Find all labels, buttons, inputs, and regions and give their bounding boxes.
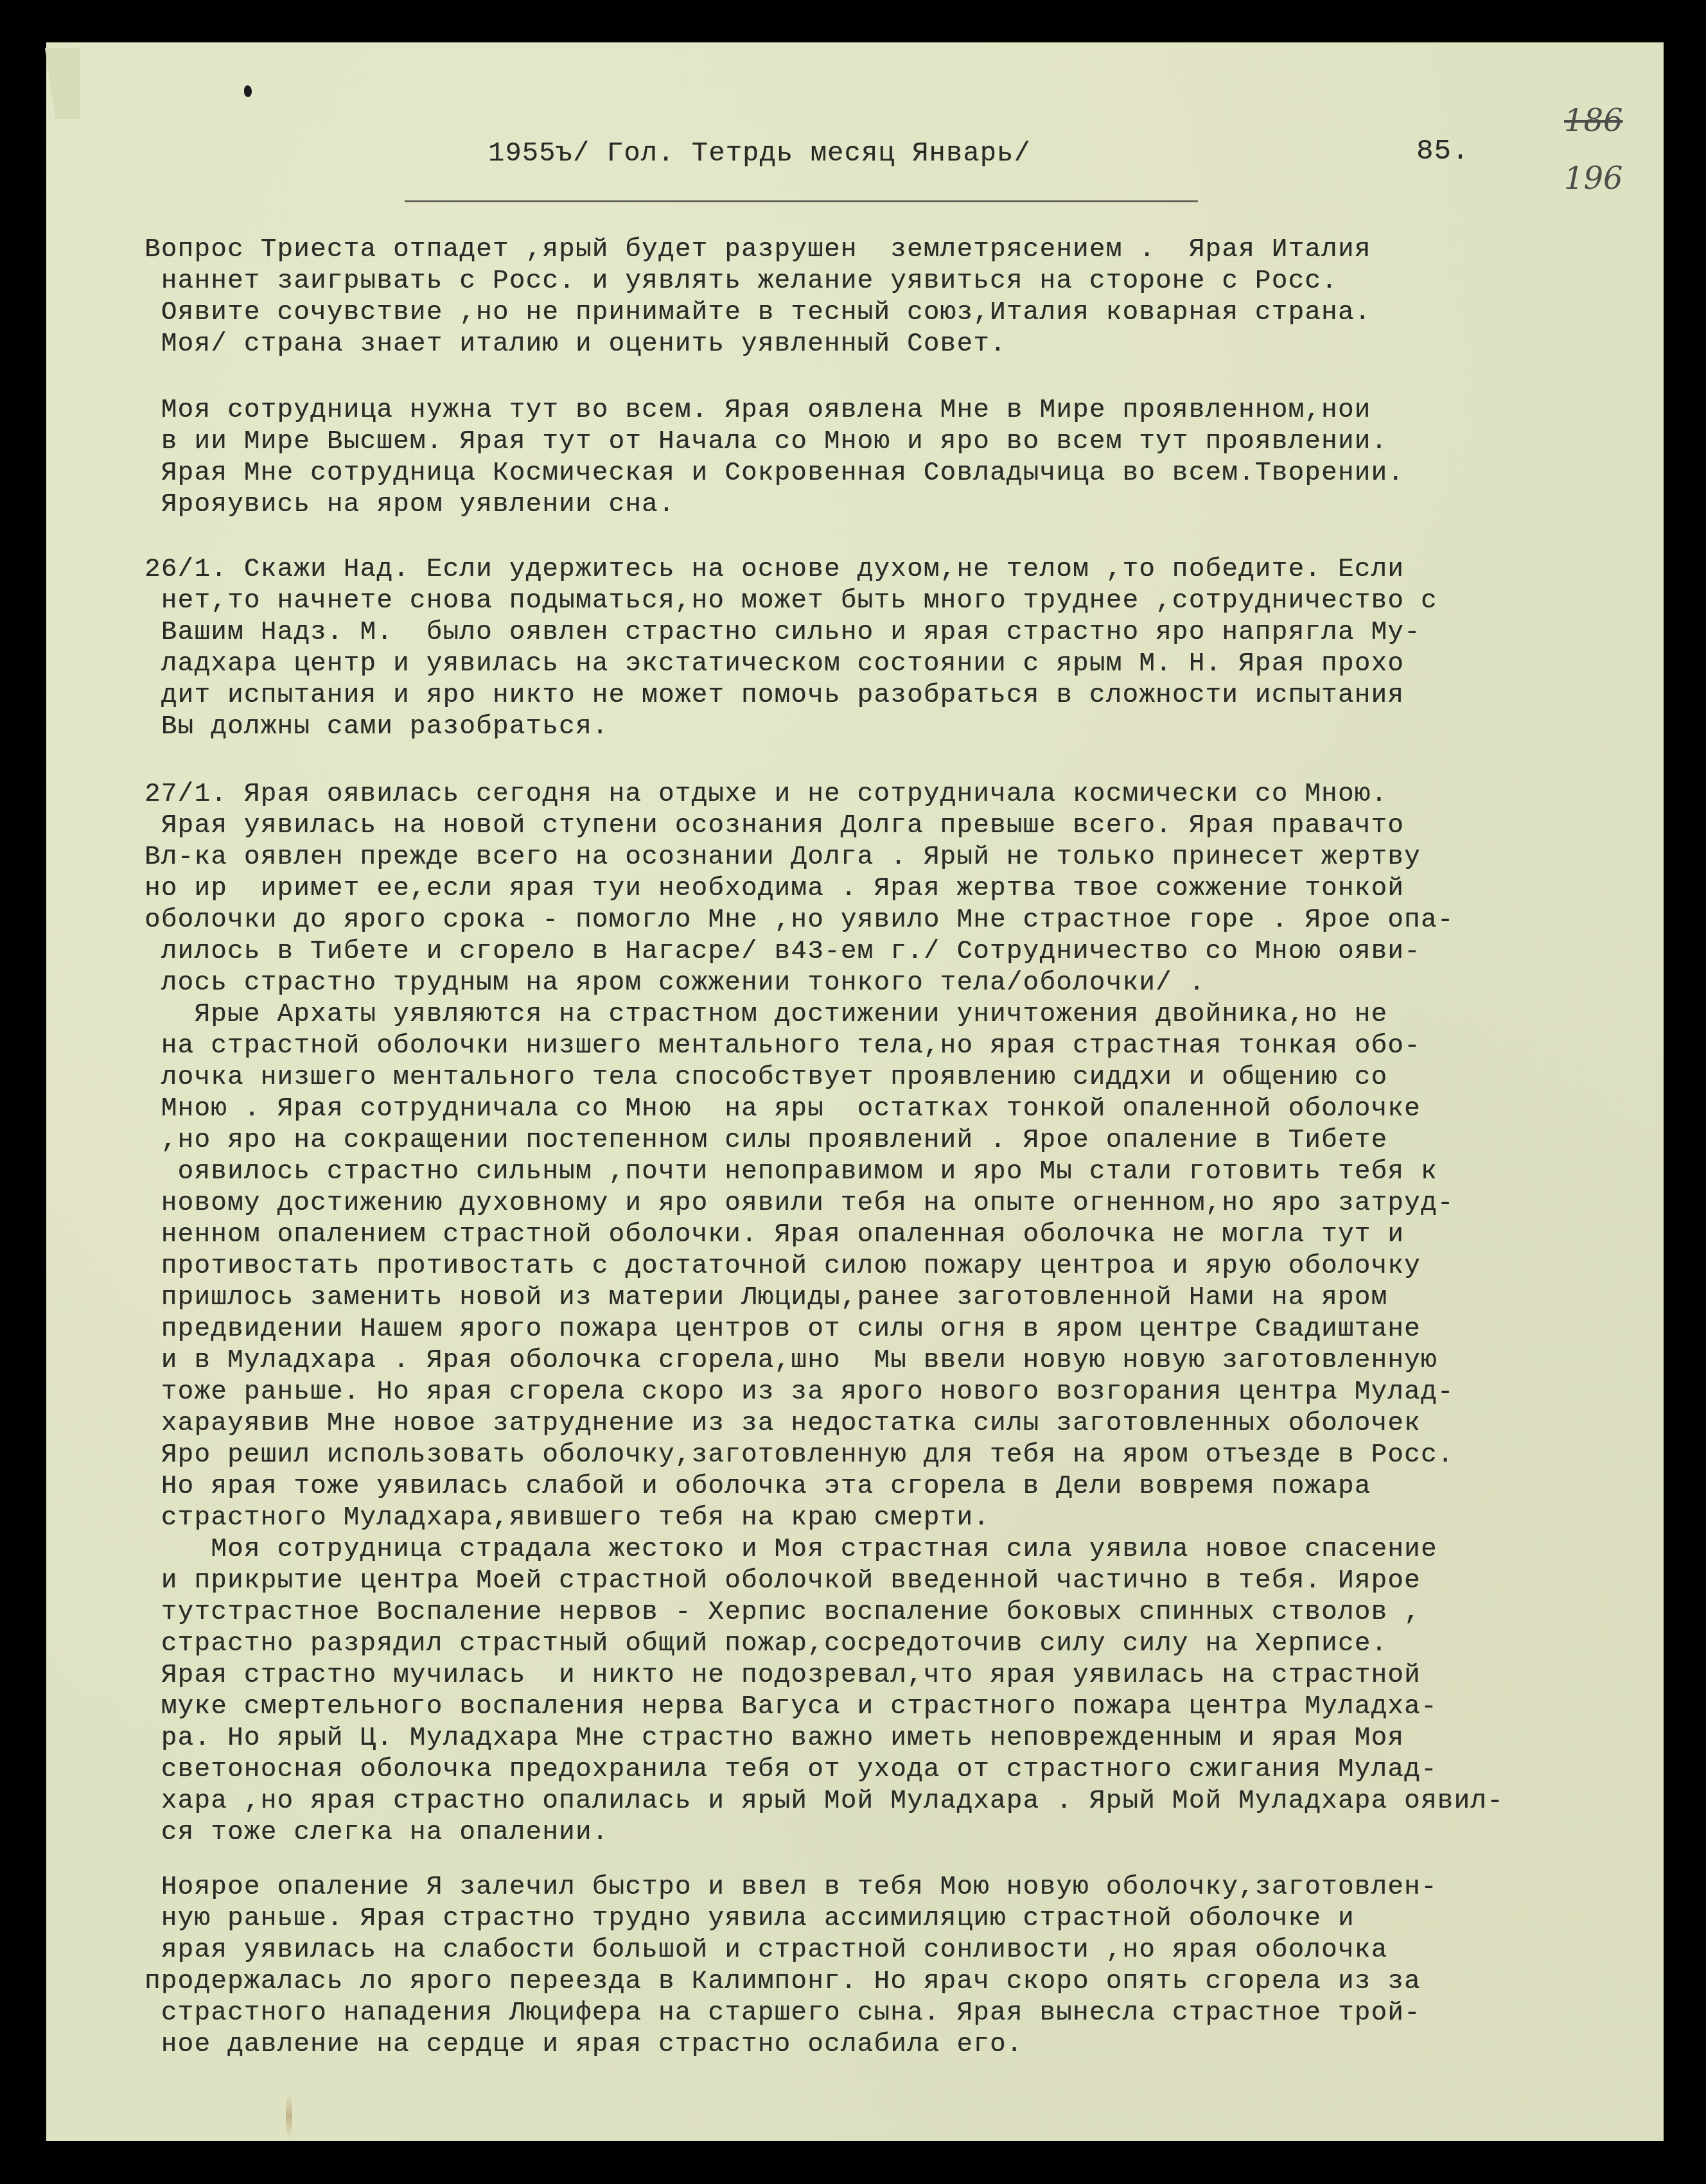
text-line: страстно разрядил страстный общий пожар,… — [145, 1629, 1504, 1660]
text-line: дит испытания и яро никто не может помоч… — [145, 680, 1438, 712]
text-line: Мною . Ярая сотрудничала со Мною на яры … — [145, 1094, 1504, 1125]
text-line: оболочки до ярого срока - помогло Мне ,н… — [145, 905, 1504, 936]
text-line: лилось в Тибете и сгорело в Нагасре/ в43… — [145, 936, 1504, 968]
text-line: 27/1. Ярая оявилась сегодня на отдыхе и … — [145, 779, 1504, 810]
text-line: Ноярое опаление Я залечил быстро и ввел … — [145, 1872, 1438, 1903]
text-line: ладхара центр и уявилась на экстатическо… — [145, 649, 1438, 680]
text-line: страстного Муладхара,явившего тебя на кр… — [145, 1503, 1504, 1534]
text-line: Ярая страстно мучилась и никто не подозр… — [145, 1660, 1504, 1691]
text-line: продержалась ло ярого переезда в Калимпо… — [145, 1966, 1438, 1998]
text-line: Вл-ка оявлен прежде всего на осознании Д… — [145, 842, 1504, 873]
text-line: Ярые Архаты уявляются на страстном дости… — [145, 999, 1504, 1031]
text-line: Моя сотрудница страдала жестоко и Моя ст… — [145, 1534, 1504, 1566]
text-line: на страстной оболочки низшего ментальног… — [145, 1031, 1504, 1062]
text-line: оявилось страстно сильным ,почти непопра… — [145, 1157, 1504, 1188]
text-line: Вашим Надз. М. было оявлен страстно силь… — [145, 617, 1438, 649]
paragraph-entry-27-1: 27/1. Ярая оявилась сегодня на отдыхе и … — [145, 779, 1504, 1849]
handwritten-page-number-struck: 186 — [1564, 103, 1623, 139]
text-line: муке смертельного воспаления нерва Вагус… — [145, 1691, 1504, 1723]
handwritten-page-number: 196 — [1564, 161, 1623, 197]
text-line: Вы должны сами разобраться. — [145, 712, 1438, 743]
text-line: тоже раньше. Но ярая сгорела скоро из за… — [145, 1377, 1504, 1408]
text-line: ненном опалением страстной оболочки. Яра… — [145, 1219, 1504, 1251]
ink-blot — [244, 85, 252, 97]
text-line: но ир иримет ее,если ярая туи необходима… — [145, 873, 1504, 905]
paragraph-collaborator: Моя сотрудница нужна тут во всем. Ярая о… — [145, 395, 1404, 521]
text-line: светоносная оболочка предохранила тебя о… — [145, 1754, 1504, 1786]
text-line: лось страстно трудным на яром сожжении т… — [145, 968, 1504, 999]
text-line: 26/1. Скажи Над. Если удержитесь на осно… — [145, 554, 1438, 586]
text-line: ное давление на сердце и ярая страстно о… — [145, 2029, 1438, 2061]
text-line: Моя сотрудница нужна тут во всем. Ярая о… — [145, 395, 1404, 426]
text-line: нет,то начнете снова подыматься,но может… — [145, 586, 1438, 617]
text-line: Ярая Мне сотрудница Космическая и Сокров… — [145, 458, 1404, 489]
text-line: Яро решил использовать оболочку,заготовл… — [145, 1440, 1504, 1471]
text-line: Ярая уявилась на новой ступени осознания… — [145, 810, 1504, 842]
paper-stain — [286, 2093, 292, 2138]
text-line: ,но яро на сокращении постепенном силы п… — [145, 1125, 1504, 1157]
text-line: Вопрос Триеста отпадет ,ярый будет разру… — [145, 234, 1371, 266]
text-line: Оявите сочувствие ,но не принимайте в те… — [145, 297, 1371, 329]
text-line: тутстрастное Воспаление нервов - Херпис … — [145, 1597, 1504, 1629]
header-underline — [405, 200, 1198, 202]
text-line: ра. Но ярый Ц. Муладхара Мне страстно ва… — [145, 1723, 1504, 1754]
text-line: новому достижению духовному и яро оявили… — [145, 1188, 1504, 1219]
text-line: предвидении Нашем ярого пожара центров о… — [145, 1314, 1504, 1345]
text-line: хара ,но ярая страстно опалилась и ярый … — [145, 1786, 1504, 1817]
text-line: Но ярая тоже уявилась слабой и оболочка … — [145, 1471, 1504, 1503]
text-line: и в Муладхара . Ярая оболочка сгорела,шн… — [145, 1345, 1504, 1377]
text-line: противостать противостать с достаточной … — [145, 1251, 1504, 1282]
text-line: ярая уявилась на слабости большой и стра… — [145, 1935, 1438, 1966]
text-line: страстного нападения Люцифера на старшег… — [145, 1998, 1438, 2029]
paragraph-trieste: Вопрос Триеста отпадет ,ярый будет разру… — [145, 234, 1371, 360]
text-line: наннет заигрывать с Росс. и уявлять жела… — [145, 266, 1371, 297]
text-line: ся тоже слегка на опалении. — [145, 1817, 1504, 1849]
text-line: в ии Мире Высшем. Ярая тут от Начала со … — [145, 426, 1404, 458]
text-line: ную раньше. Ярая страстно трудно уявила … — [145, 1903, 1438, 1935]
text-line: пришлось заменить новой из материи Люцид… — [145, 1282, 1504, 1314]
text-line: харауявив Мне новое затруднение из за не… — [145, 1408, 1504, 1440]
paragraph-healing: Ноярое опаление Я залечил быстро и ввел … — [145, 1872, 1438, 2061]
text-line: и прикрытие центра Моей страстной оболоч… — [145, 1566, 1504, 1597]
text-line: Ярояувись на яром уявлении сна. — [145, 489, 1404, 521]
text-line: лочка низшего ментального тела способств… — [145, 1062, 1504, 1094]
text-line: Моя/ страна знает италию и оценить уявле… — [145, 329, 1371, 360]
typed-page-number: 85. — [1416, 136, 1470, 168]
paragraph-entry-26-1: 26/1. Скажи Над. Если удержитесь на осно… — [145, 554, 1438, 743]
page-title: 1955ъ/ Гол. Тетрдь месяц Январь/ — [488, 138, 1031, 170]
